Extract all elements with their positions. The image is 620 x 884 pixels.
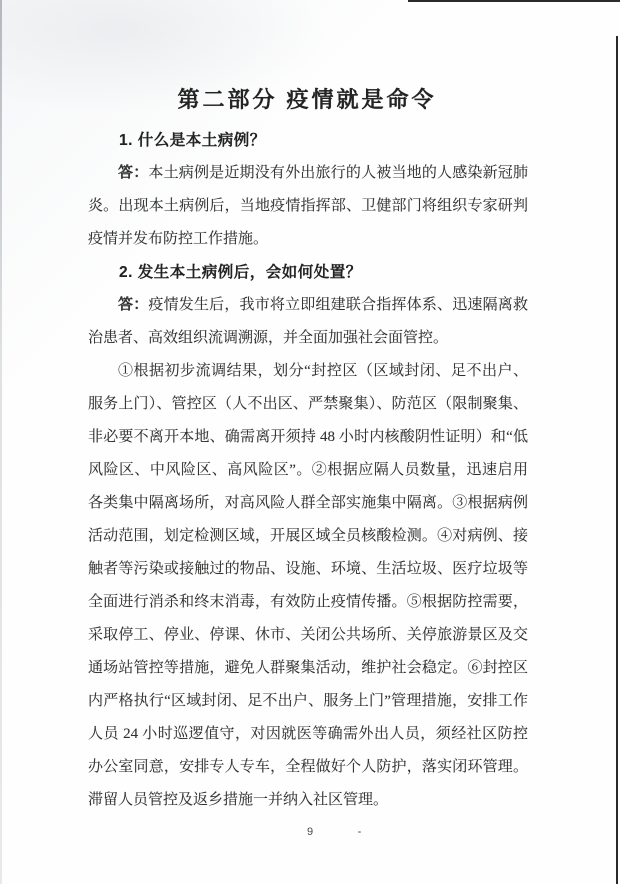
scan-edge-left	[0, 0, 2, 884]
answer-2-detail-paragraph: ①根据初步流调结果，划分“封控区（区域封闭、足不出户、服务上门）、管控区（人不出…	[88, 355, 528, 817]
answer-2-prefix: 答：	[118, 297, 148, 313]
answer-1-prefix: 答：	[118, 165, 148, 181]
scan-edge-right	[616, 36, 618, 884]
answer-2-paragraph: 答：疫情发生后，我市将立即组建联合指挥体系、迅速隔离救治患者、高效组织流调溯源，…	[88, 289, 528, 355]
answer-1-text: 本土病例是近期没有外出旅行的人被当地的人感染新冠肺炎。出现本土病例后，当地疫情指…	[88, 165, 528, 247]
page-number: 9	[0, 826, 620, 838]
document-body: 1. 什么是本土病例？ 答：本土病例是近期没有外出旅行的人被当地的人感染新冠肺炎…	[88, 124, 528, 817]
answer-2-text: 疫情发生后，我市将立即组建联合指挥体系、迅速隔离救治患者、高效组织流调溯源，并全…	[88, 297, 528, 346]
scanned-document-page: 第二部分 疫情就是命令 1. 什么是本土病例？ 答：本土病例是近期没有外出旅行的…	[0, 0, 620, 884]
question-1-heading: 1. 什么是本土病例？	[88, 124, 528, 157]
scan-edge-top	[408, 0, 620, 2]
answer-1-paragraph: 答：本土病例是近期没有外出旅行的人被当地的人感染新冠肺炎。出现本土病例后，当地疫…	[88, 157, 528, 256]
question-2-heading: 2. 发生本土病例后，会如何处置？	[88, 256, 528, 289]
page-title: 第二部分 疫情就是命令	[0, 83, 614, 114]
